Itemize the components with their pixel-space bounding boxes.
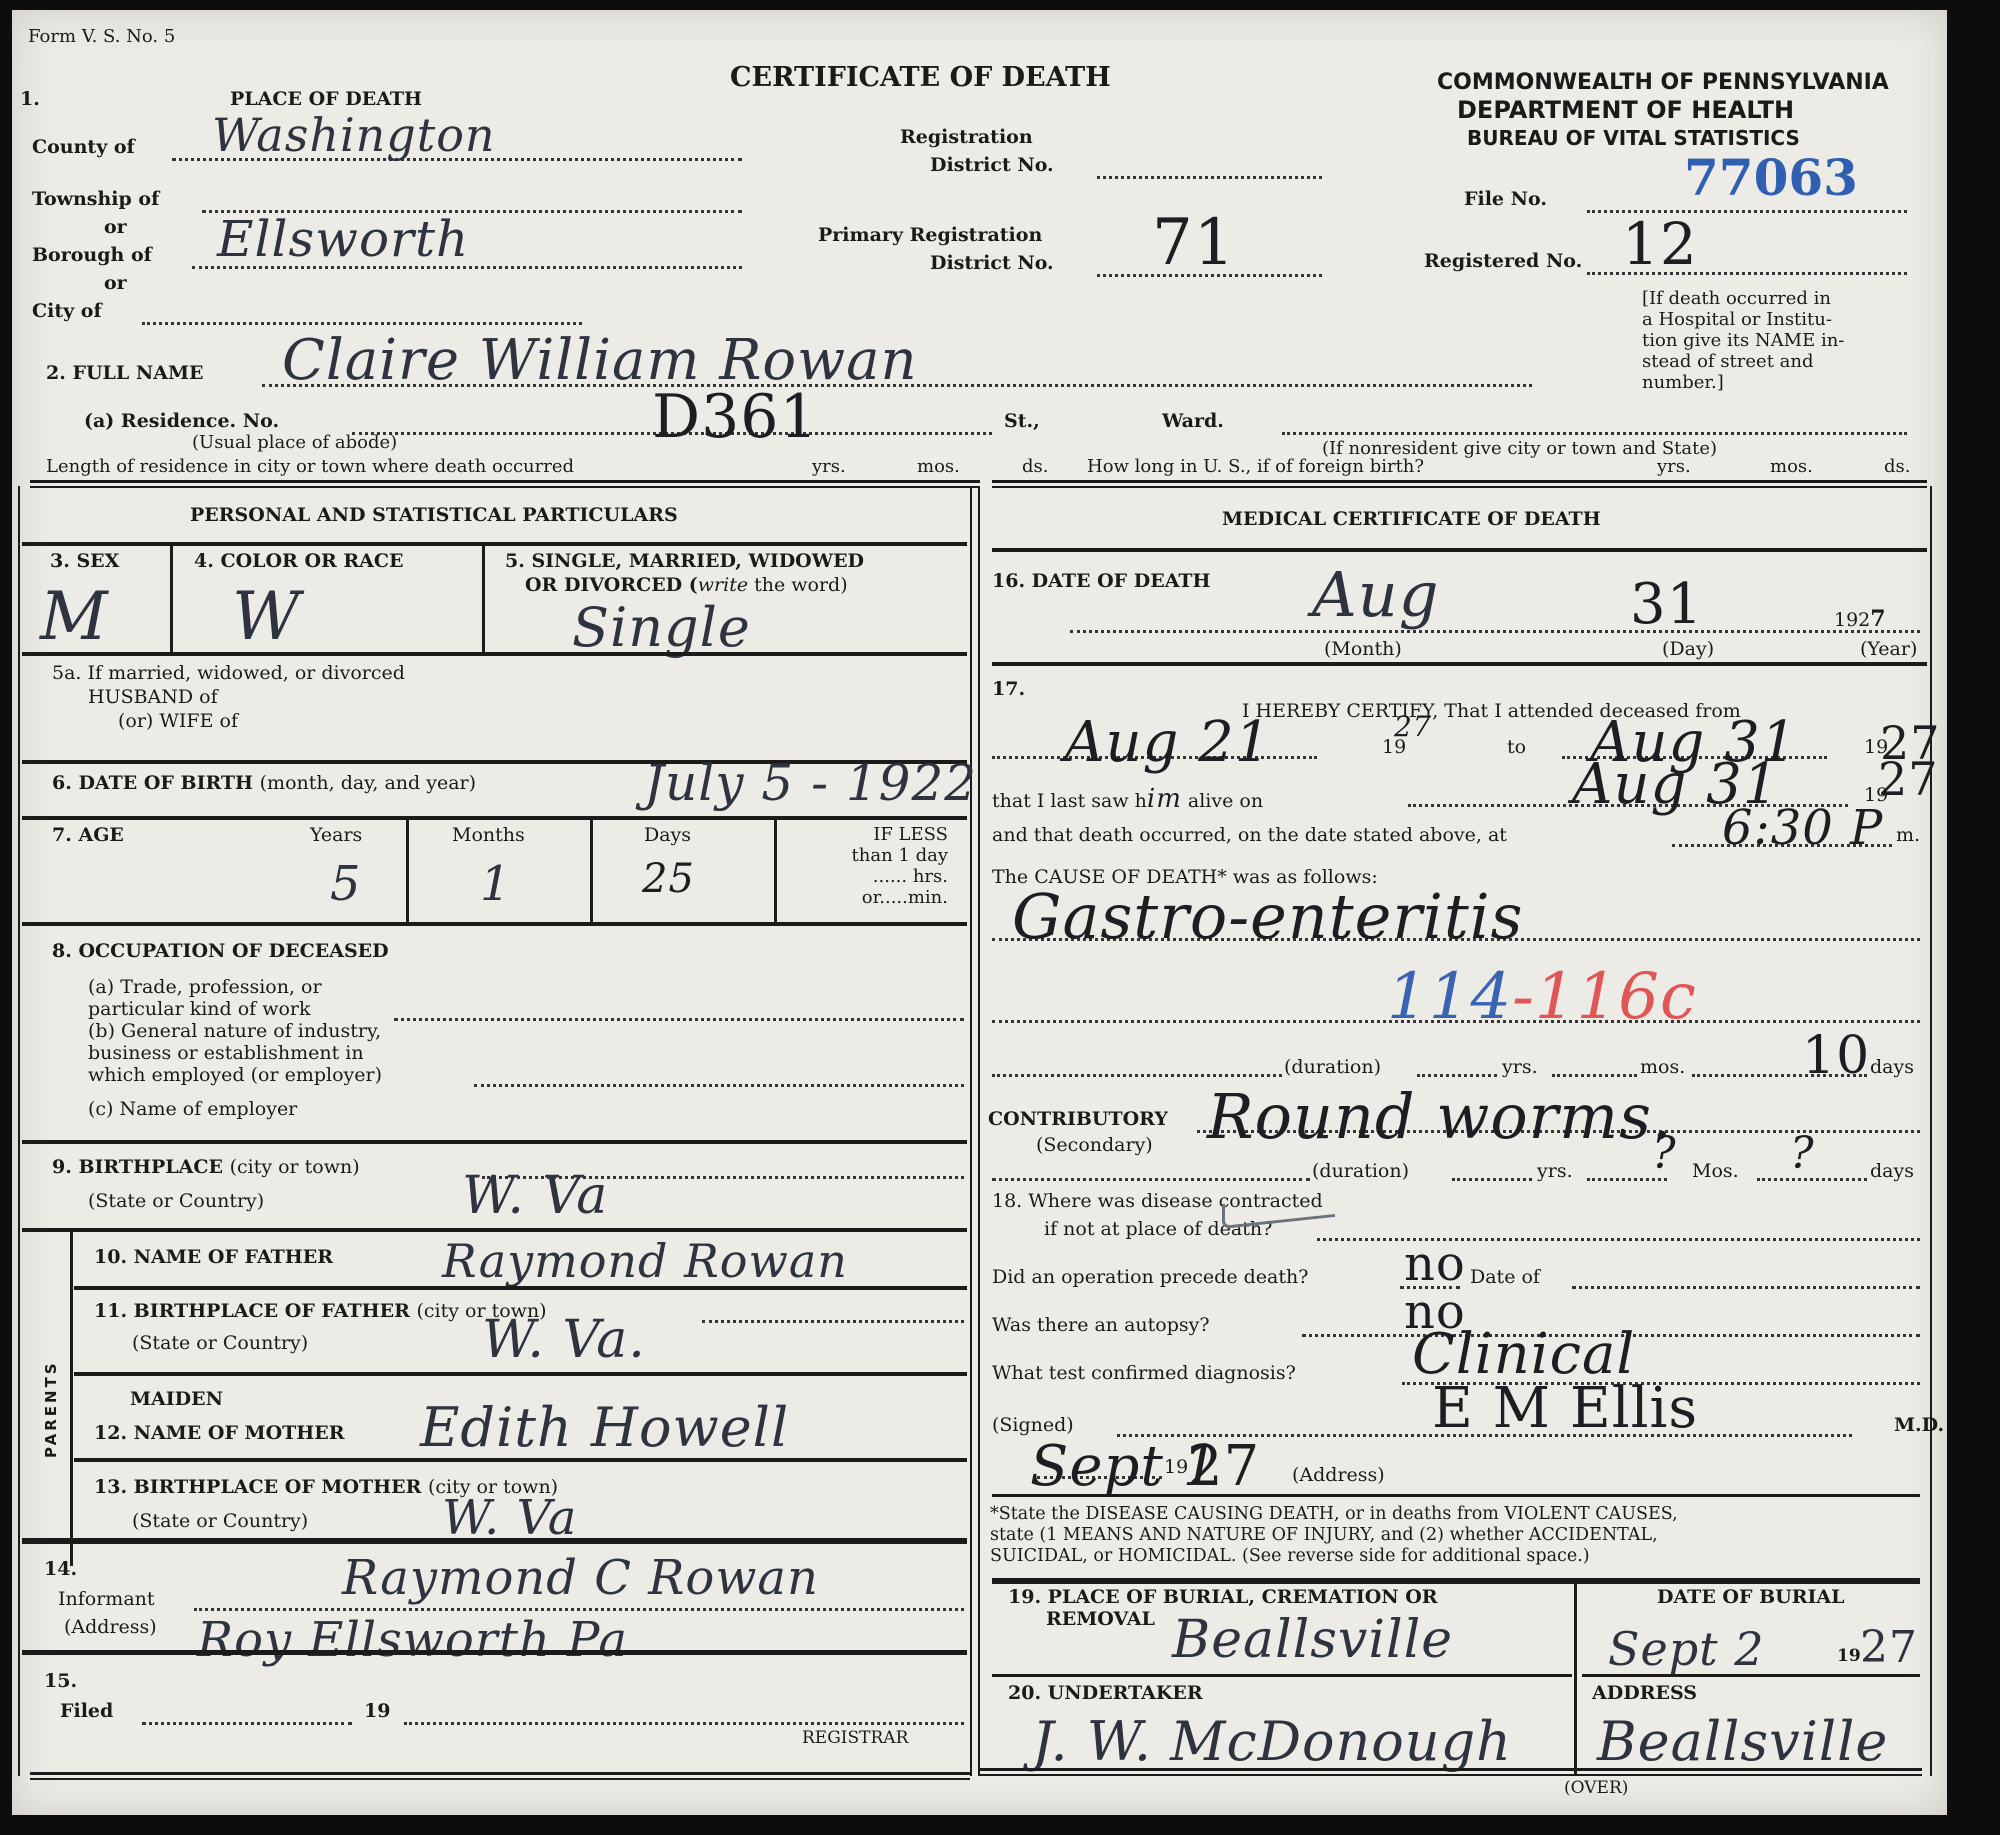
father-birthplace-city-field-line[interactable] xyxy=(702,1320,964,1323)
rule xyxy=(22,542,967,546)
primary-reg-label-2: District No. xyxy=(930,252,1054,274)
race-value: W xyxy=(232,578,301,655)
undertaker-address-value: Beallsville xyxy=(1597,1710,1888,1773)
filed-19: 19 xyxy=(364,1700,390,1722)
physician-address-label: (Address) xyxy=(1292,1464,1385,1486)
years-label: Years xyxy=(310,824,362,846)
filed-date-field-line[interactable] xyxy=(142,1722,352,1725)
file-no-stamp: 77063 xyxy=(1684,148,1858,207)
bottom-rule-left xyxy=(30,1772,970,1780)
contributory-label: CONTRIBUTORY xyxy=(988,1108,1168,1130)
length-of-residence-label: Length of residence in city or town wher… xyxy=(46,456,574,477)
duration2-field-line[interactable] xyxy=(992,1178,1310,1181)
rule xyxy=(992,662,1927,666)
rule xyxy=(22,816,967,820)
father-label: 10. NAME OF FATHER xyxy=(94,1246,333,1268)
undertaker-value: J. W. McDonough xyxy=(1032,1710,1512,1773)
father-birthplace-label: 11. BIRTHPLACE OF FATHER (city or town) xyxy=(94,1300,547,1322)
sign-year-value: 27 xyxy=(1187,1434,1260,1499)
occupation-c: (c) Name of employer xyxy=(88,1098,297,1120)
rule xyxy=(22,1140,967,1144)
occupation-b-2: business or establishment in xyxy=(88,1042,364,1064)
physician-signature: E M Ellis xyxy=(1432,1376,1698,1441)
rule xyxy=(992,548,1927,552)
parents-rule xyxy=(70,1232,73,1566)
duration-yrs-field-line[interactable] xyxy=(1417,1074,1497,1077)
rule xyxy=(774,818,777,922)
foreign-ds-label: ds. xyxy=(1884,456,1910,477)
rule xyxy=(22,1650,967,1655)
father-birthplace-state-label: (State or Country) xyxy=(132,1332,308,1354)
filed-number: 15. xyxy=(44,1670,77,1692)
full-name-value: Claire William Rowan xyxy=(282,328,918,393)
primary-reg-label-1: Primary Registration xyxy=(818,224,1042,246)
age-days-value: 25 xyxy=(642,856,695,902)
divider-top-right xyxy=(992,480,1927,488)
burial-date-label: DATE OF BURIAL xyxy=(1657,1586,1844,1608)
rule xyxy=(1574,1584,1577,1774)
death-certificate: Form V. S. No. 5 CERTIFICATE OF DEATH CO… xyxy=(12,10,1947,1815)
occupation-b-3: which employed (or employer) xyxy=(88,1064,382,1086)
township-label: Township of xyxy=(32,188,159,210)
to-label: to xyxy=(1507,736,1526,758)
borough-label: Borough of xyxy=(32,244,152,266)
burial-place-label-2: REMOVAL xyxy=(1046,1608,1155,1630)
spouse-label-2: HUSBAND of xyxy=(88,686,218,708)
center-divider-2 xyxy=(978,486,980,1776)
burial-date-value: Sept 2 xyxy=(1608,1622,1765,1676)
death-time-value: 6:30 P xyxy=(1722,800,1883,856)
dob-value: July 5 - 1922 xyxy=(644,754,977,812)
ward-label: Ward. xyxy=(1162,410,1224,432)
divider-top-left xyxy=(30,480,980,488)
rule xyxy=(590,818,593,922)
agency-line-1: COMMONWEALTH OF PENNSYLVANIA xyxy=(1437,70,1889,95)
father-birthplace-value: W. Va. xyxy=(482,1310,646,1370)
registrar-field-line[interactable] xyxy=(404,1722,964,1725)
or-label-2: or xyxy=(104,272,127,294)
birthplace-state-label: (State or Country) xyxy=(88,1190,264,1212)
full-name-label: 2. FULL NAME xyxy=(46,362,203,384)
mother-value: Edith Howell xyxy=(420,1396,789,1459)
last-saw-label: that I last saw him alive on xyxy=(992,784,1263,814)
death-day-value: 31 xyxy=(1630,572,1703,637)
bottom-rule-right xyxy=(980,1768,1922,1776)
sex-value: M xyxy=(40,578,109,655)
ward-field-line[interactable] xyxy=(1282,432,1907,435)
rule xyxy=(992,1578,1920,1584)
duration2-mos-label: Mos. xyxy=(1692,1160,1739,1182)
reg-district-label-2: District No. xyxy=(930,154,1054,176)
dob-label: 6. DATE OF BIRTH (month, day, and year) xyxy=(52,772,476,794)
duration-yrs-label: yrs. xyxy=(1502,1056,1538,1078)
mother-label: 12. NAME OF MOTHER xyxy=(94,1422,345,1444)
race-label: 4. COLOR OR RACE xyxy=(194,550,404,572)
foreign-birth-label: How long in U. S., if of foreign birth? xyxy=(1087,456,1424,477)
less-than-day-note: IF LESS than 1 day ...... hrs. or.....mi… xyxy=(808,824,948,908)
rule xyxy=(22,922,967,926)
item-17-number: 17. xyxy=(992,678,1025,700)
days-label: Days xyxy=(644,824,691,846)
duration-label: (duration) xyxy=(1284,1056,1381,1078)
death-year-prefix: 1927 xyxy=(1834,606,1886,632)
age-label: 7. AGE xyxy=(52,824,124,846)
date-of-operation-label: Date of xyxy=(1470,1266,1540,1288)
operation-date-field-line[interactable] xyxy=(1572,1286,1920,1289)
occupation-label: 8. OCCUPATION OF DECEASED xyxy=(52,940,389,962)
rule xyxy=(22,1538,967,1544)
registrar-label: REGISTRAR xyxy=(802,1728,908,1748)
item-1-number: 1. xyxy=(20,88,40,110)
md-label: M.D. xyxy=(1894,1414,1944,1436)
duration2-mos-value: ? xyxy=(1652,1128,1677,1179)
signed-label: (Signed) xyxy=(992,1414,1074,1436)
right-frame xyxy=(1930,486,1932,1776)
registered-no-value: 12 xyxy=(1622,210,1698,278)
spouse-label-1: 5a. If married, widowed, or divorced xyxy=(52,662,405,684)
occupation-b-1: (b) General nature of industry, xyxy=(88,1020,381,1042)
last-saw-year: 27 xyxy=(1878,752,1939,806)
month-caption: (Month) xyxy=(1324,638,1402,660)
rule xyxy=(22,1228,967,1232)
borough-value: Ellsworth xyxy=(217,210,469,268)
residence-yrs-label: yrs. xyxy=(812,456,846,477)
residence-sublabel: (Usual place of abode) xyxy=(192,432,397,453)
rule xyxy=(74,1458,967,1462)
cause-value: Gastro-enteritis xyxy=(1012,880,1523,953)
burial-place-label-1: 19. PLACE OF BURIAL, CREMATION OR xyxy=(1008,1586,1438,1608)
street-label: St., xyxy=(1004,410,1040,432)
rule xyxy=(170,544,173,654)
residence-label: (a) Residence. No. xyxy=(84,410,279,432)
personal-heading: PERSONAL AND STATISTICAL PARTICULARS xyxy=(190,504,678,526)
footnote: *State the DISEASE CAUSING DEATH, or in … xyxy=(990,1504,1678,1567)
mother-birthplace-state-label: (State or Country) xyxy=(132,1510,308,1532)
duration2-yrs-label: yrs. xyxy=(1537,1160,1573,1182)
residence-ds-label: ds. xyxy=(1022,456,1048,477)
residence-value: D361 xyxy=(652,382,819,452)
test-label: What test confirmed diagnosis? xyxy=(992,1362,1296,1384)
m-label: m. xyxy=(1896,824,1920,846)
classification-code: 114-116c xyxy=(1387,960,1697,1034)
left-frame xyxy=(18,486,20,1776)
spouse-label-3: (or) WIFE of xyxy=(118,710,238,732)
undertaker-label: 20. UNDERTAKER xyxy=(1008,1682,1203,1704)
rule xyxy=(74,1372,967,1376)
year-caption: (Year) xyxy=(1860,638,1917,660)
duration2-days-value: ? xyxy=(1790,1128,1815,1179)
medical-heading: MEDICAL CERTIFICATE OF DEATH xyxy=(1222,508,1601,530)
duration-days-value: 10 xyxy=(1802,1026,1870,1086)
informant-label: Informant xyxy=(58,1588,155,1610)
agency-line-3: BUREAU OF VITAL STATISTICS xyxy=(1467,126,1800,150)
rule xyxy=(1582,1674,1920,1677)
undertaker-address-label: ADDRESS xyxy=(1592,1682,1697,1704)
sex-label: 3. SEX xyxy=(50,550,119,572)
death-month-value: Aug xyxy=(1312,558,1439,631)
foreign-mos-label: mos. xyxy=(1770,456,1813,477)
duration-mos-field-line[interactable] xyxy=(1552,1074,1637,1077)
marital-label-1: 5. SINGLE, MARRIED, WIDOWED xyxy=(505,550,864,572)
over-label: (OVER) xyxy=(1564,1778,1628,1798)
occupation-a-2: particular kind of work xyxy=(88,998,311,1020)
parents-side-label: PARENTS xyxy=(42,1360,60,1458)
registered-no-label: Registered No. xyxy=(1424,250,1582,272)
attended-from-year: 27 xyxy=(1394,710,1432,743)
county-value: Washington xyxy=(212,108,496,162)
informant-address-label: (Address) xyxy=(64,1616,157,1638)
burial-place-value: Beallsville xyxy=(1172,1610,1453,1670)
agency-line-2: DEPARTMENT OF HEALTH xyxy=(1457,96,1794,124)
occupation-b-field-line[interactable] xyxy=(474,1084,964,1087)
informant-field-line[interactable] xyxy=(194,1608,964,1611)
rule xyxy=(74,1286,967,1290)
marital-label-2: OR DIVORCED (write the word) xyxy=(525,574,848,596)
months-label: Months xyxy=(452,824,525,846)
contributory-value: Round worms. xyxy=(1207,1080,1673,1153)
primary-reg-value: 71 xyxy=(1152,206,1235,280)
duration2-yrs-field-line[interactable] xyxy=(1452,1178,1532,1181)
date-of-death-label: 16. DATE OF DEATH xyxy=(992,570,1211,592)
age-years-value: 5 xyxy=(330,856,362,912)
informant-address-value: Roy Ellsworth Pa xyxy=(197,1612,628,1668)
document-title: CERTIFICATE OF DEATH xyxy=(730,62,1111,93)
occupation-a-field-line[interactable] xyxy=(394,1018,964,1021)
filed-label: Filed xyxy=(60,1700,113,1722)
county-label: County of xyxy=(32,136,135,158)
father-value: Raymond Rowan xyxy=(442,1234,848,1288)
maiden-label: MAIDEN xyxy=(130,1388,223,1410)
rule xyxy=(992,1674,1572,1677)
attended-from-value: Aug 21 xyxy=(1064,710,1271,775)
place-of-death-heading: PLACE OF DEATH xyxy=(230,88,422,110)
city-label: City of xyxy=(32,300,102,322)
secondary-label: (Secondary) xyxy=(1036,1134,1153,1156)
date-of-death-field-line[interactable] xyxy=(1070,630,1920,633)
rule xyxy=(992,1494,1920,1497)
or-label-1: or xyxy=(104,216,127,238)
death-occurred-label: and that death occurred, on the date sta… xyxy=(992,824,1507,846)
birthplace-value: W. Va xyxy=(462,1166,608,1226)
informant-number: 14. xyxy=(44,1558,77,1580)
age-months-value: 1 xyxy=(480,856,512,912)
city-field-line[interactable] xyxy=(142,322,582,325)
informant-value: Raymond C Rowan xyxy=(342,1550,819,1606)
duration2-days-label: days xyxy=(1870,1160,1914,1182)
duration-mos-label: mos. xyxy=(1640,1056,1685,1078)
marital-value: Single xyxy=(572,596,751,659)
autopsy-label: Was there an autopsy? xyxy=(992,1314,1210,1336)
form-number: Form V. S. No. 5 xyxy=(28,26,175,47)
duration-days-label: days xyxy=(1870,1056,1914,1078)
foreign-yrs-label: yrs. xyxy=(1657,456,1691,477)
birthplace-label: 9. BIRTHPLACE (city or town) xyxy=(52,1156,360,1178)
duration-field-line[interactable] xyxy=(992,1074,1282,1077)
duration2-label: (duration) xyxy=(1312,1160,1409,1182)
day-caption: (Day) xyxy=(1662,638,1714,660)
reg-district-label-1: Registration xyxy=(900,126,1033,148)
burial-19: 19 xyxy=(1837,1646,1861,1666)
residence-mos-label: mos. xyxy=(917,456,960,477)
rule xyxy=(406,818,409,922)
rule xyxy=(482,544,485,654)
file-no-label: File No. xyxy=(1464,188,1547,210)
reg-district-field-line[interactable] xyxy=(1097,176,1322,179)
operation-label: Did an operation precede death? xyxy=(992,1266,1308,1288)
occupation-a-1: (a) Trade, profession, or xyxy=(88,976,322,998)
rule xyxy=(22,652,967,656)
burial-year-value: 27 xyxy=(1860,1622,1918,1673)
hospital-note: [If death occurred in a Hospital or Inst… xyxy=(1642,288,1844,393)
center-divider-1 xyxy=(970,486,972,1776)
